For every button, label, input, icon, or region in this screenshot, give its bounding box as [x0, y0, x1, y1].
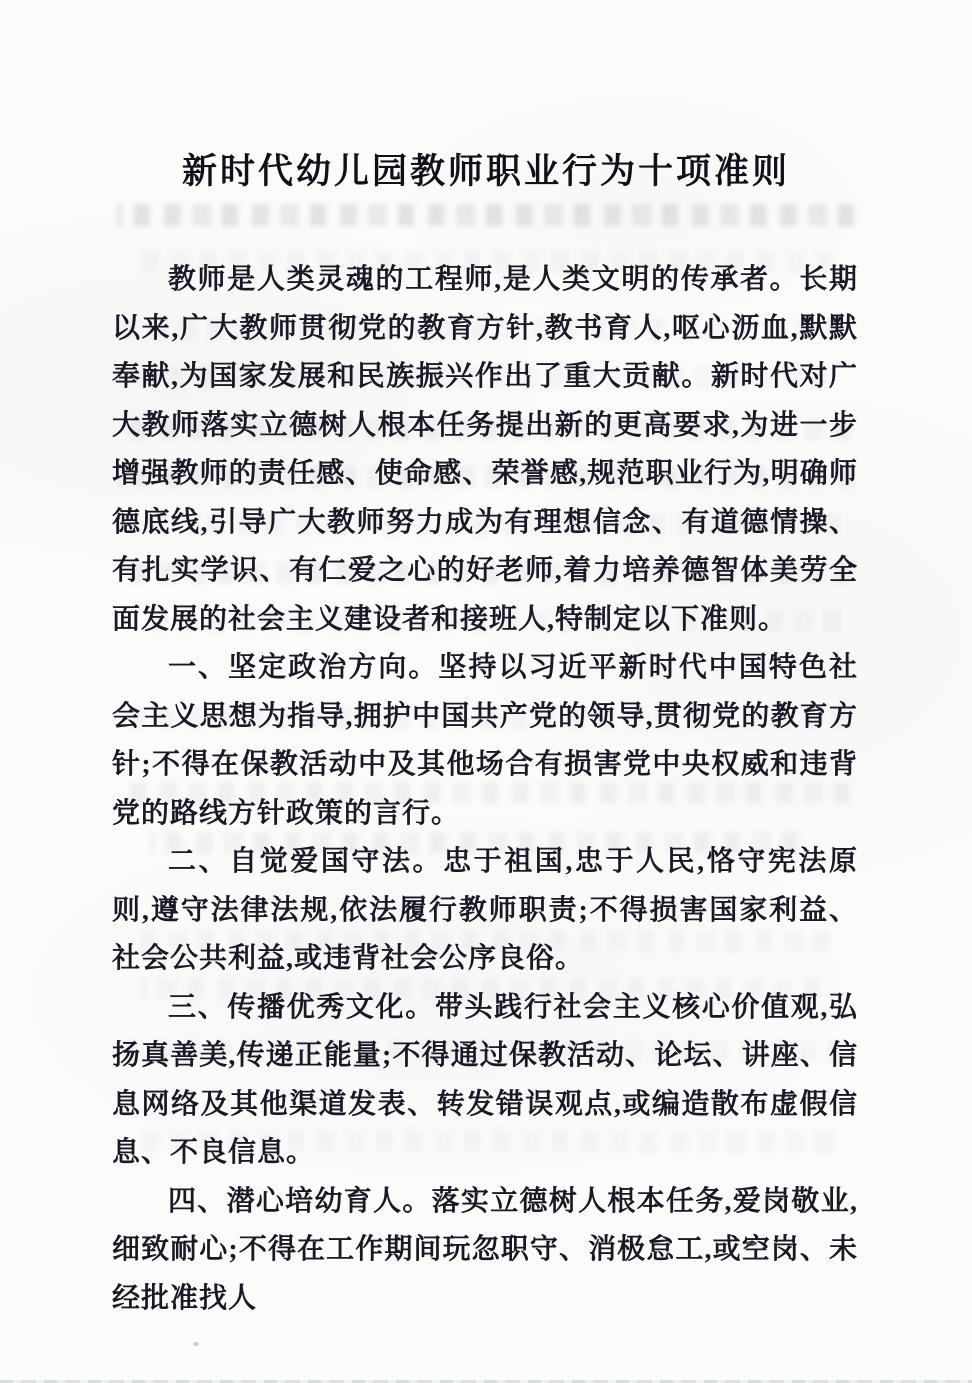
document-body: 教师是人类灵魂的工程师,是人类文明的传承者。长期以来,广大教师贯彻党的教育方针,… — [112, 256, 858, 1323]
paragraph-item-3: 三、传播优秀文化。带头践行社会主义核心价值观,弘扬真善美,传递正能量;不得通过保… — [112, 984, 858, 1178]
paragraph-item-4: 四、潜心培幼育人。落实立德树人根本任务,爱岗敬业,细致耐心;不得在工作期间玩忽职… — [112, 1178, 858, 1324]
paragraph-item-2: 二、自觉爱国守法。忠于祖国,忠于人民,恪守宪法原则,遵守法律法规,依法履行教师职… — [112, 838, 858, 984]
document-title: 新时代幼儿园教师职业行为十项准则 — [0, 150, 972, 194]
bleed-through-row — [116, 204, 854, 226]
paragraph-intro: 教师是人类灵魂的工程师,是人类文明的传承者。长期以来,广大教师贯彻党的教育方针,… — [112, 256, 858, 644]
ink-speck — [193, 1342, 199, 1346]
paragraph-item-1: 一、坚定政治方向。坚持以习近平新时代中国特色社会主义思想为指导,拥护中国共产党的… — [112, 644, 858, 838]
scanned-document-page: 新时代幼儿园教师职业行为十项准则 教师是人类灵魂的工程师,是人类文明的传承者。长… — [0, 0, 972, 1383]
